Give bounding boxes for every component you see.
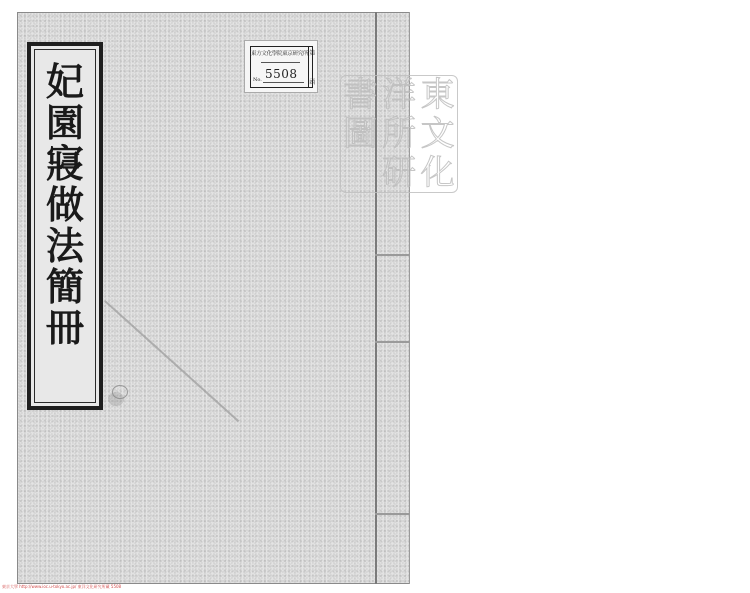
institution-name: 東方文化學院東京研究所 — [251, 49, 308, 57]
binding-stitch — [375, 513, 410, 515]
seal-char: 東 — [418, 76, 457, 115]
title-char: 妃 — [46, 62, 84, 103]
source-footer: 東京大學 http://www.ioc.u-tokyo.ac.jp/ 東洋文化研… — [2, 584, 121, 590]
seal-char: 圖 — [341, 115, 380, 154]
title-char: 法 — [46, 226, 84, 267]
title-char: 寢 — [46, 144, 84, 185]
catalog-number: 5508 — [265, 67, 298, 81]
paper-stain — [108, 392, 124, 406]
seal-char: 研 — [380, 153, 419, 192]
library-seal: 書 洋 東 圖 所 文 研 化 — [340, 75, 458, 193]
title-char: 簡 — [46, 267, 84, 308]
seal-char: 書 — [341, 76, 380, 115]
seal-char: 化 — [418, 153, 457, 192]
title-slip: 妃 園 寢 做 法 簡 冊 — [27, 42, 103, 410]
seal-char — [341, 153, 380, 192]
binding-stitch — [375, 341, 410, 343]
case-label-top: 第 — [309, 48, 315, 57]
seal-char: 文 — [418, 115, 457, 154]
catalog-label: 東方文化學院東京研究所 No. 5508 第 函 — [244, 40, 318, 93]
seal-char: 洋 — [380, 76, 419, 115]
title-char: 園 — [46, 103, 84, 144]
binding-stitch — [375, 254, 410, 256]
number-prefix: No. — [253, 77, 262, 83]
seal-char: 所 — [380, 115, 419, 154]
title-char: 冊 — [46, 308, 84, 349]
case-label-bottom: 函 — [309, 77, 315, 86]
title-char: 做 — [46, 185, 84, 226]
